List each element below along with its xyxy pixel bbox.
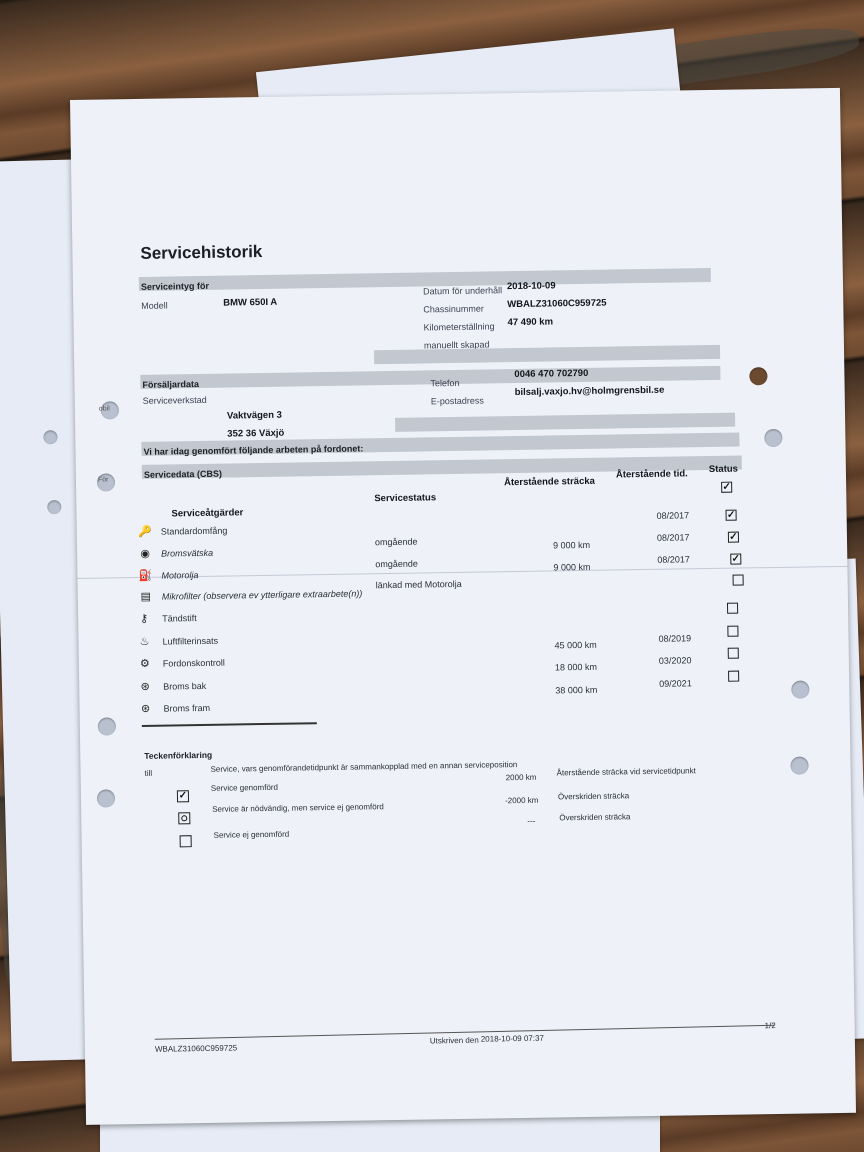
status-checkbox xyxy=(728,671,739,682)
legend-checked-symbol: ✓ xyxy=(177,790,189,802)
model-value: BMW 650I A xyxy=(223,297,277,309)
rear-brake-icon: ⊛ xyxy=(137,680,153,693)
legend-item: Service ej genomförd xyxy=(213,830,289,840)
col-header-status: Status xyxy=(709,464,738,475)
row-label: Bromsvätska xyxy=(161,548,213,559)
row-remaining-time: 09/2021 xyxy=(659,678,692,689)
mileage-value: 47 490 km xyxy=(507,316,553,328)
punch-hole xyxy=(97,789,115,807)
email-value[interactable]: bilsalj.vaxjo.hv@holmgrensbil.se xyxy=(515,385,665,398)
punch-hole xyxy=(749,367,767,385)
legend-linked-text: Service, vars genomförandetidpunkt är sa… xyxy=(210,760,517,774)
punch-hole xyxy=(790,756,808,774)
micro-filter-icon: ▤ xyxy=(138,590,154,603)
bleed-text: För xyxy=(98,476,109,483)
row-service-status: omgående xyxy=(375,559,418,570)
address-line2: 352 36 Växjö xyxy=(227,428,284,440)
row-service-status: länkad med Motorolja xyxy=(376,579,462,590)
chassis-value: WBALZ31060C959725 xyxy=(507,298,606,311)
row-remaining-distance: 18 000 km xyxy=(555,662,597,673)
bleed-text: obil xyxy=(99,405,110,412)
legend-distance-text: Överskriden sträcka xyxy=(558,791,629,801)
punch-hole xyxy=(791,680,809,698)
row-label: Broms fram xyxy=(163,703,210,714)
row-service-status: omgående xyxy=(375,537,418,548)
legend-heading: Teckenförklaring xyxy=(144,750,212,761)
spark-plug-icon: ⚷ xyxy=(136,612,152,625)
date-value: 2018-10-09 xyxy=(507,280,556,292)
row-label: Broms bak xyxy=(163,681,206,692)
row-label: Fordonskontroll xyxy=(163,658,225,669)
page-number: 1/2 xyxy=(765,1021,776,1030)
row-label: Tändstift xyxy=(162,613,197,624)
legend-empty-symbol xyxy=(180,835,192,847)
phone-value: 0046 470 702790 xyxy=(514,368,588,380)
brake-fluid-icon: ◉ xyxy=(137,547,153,560)
col-header-time: Återstående tid. xyxy=(616,468,688,480)
col-header-distance: Återstående sträcka xyxy=(504,476,595,488)
punch-hole xyxy=(47,500,61,514)
legend-dot-symbol xyxy=(178,812,190,824)
section-heading: Serviceintyg för xyxy=(139,281,209,292)
status-checkbox: ✓ xyxy=(730,554,741,565)
address-line1: Vaktvägen 3 xyxy=(227,410,282,422)
legend-till: till xyxy=(145,769,153,778)
row-label: Standardomfång xyxy=(161,526,228,537)
status-checkbox xyxy=(733,574,744,585)
vehicle-check-icon: ⚙ xyxy=(137,657,153,670)
separator-band xyxy=(395,413,735,432)
legend-distance-value: -2000 km xyxy=(505,796,538,806)
air-filter-icon: ♨ xyxy=(136,635,152,648)
mileage-label: Kilometerställning xyxy=(424,321,495,332)
row-remaining-distance: 45 000 km xyxy=(555,640,597,651)
work-heading: Vi har idag genomfört följande arbeten p… xyxy=(141,443,363,456)
row-remaining-time: 08/2017 xyxy=(657,510,690,521)
front-brake-icon: ⊛ xyxy=(137,702,153,715)
col-header-action: Serviceåtgärder xyxy=(171,507,243,519)
phone-label: Telefon xyxy=(430,378,459,388)
row-remaining-distance: 9 000 km xyxy=(553,540,590,551)
row-remaining-time: 03/2020 xyxy=(659,655,692,666)
status-checkbox xyxy=(727,603,738,614)
legend-distance-text: Återstående sträcka vid servicetidpunkt xyxy=(557,766,696,777)
legend-distance-value: --- xyxy=(527,817,535,826)
status-checkbox xyxy=(728,648,739,659)
car-key-icon: 🔑 xyxy=(137,525,153,538)
model-label: Modell xyxy=(141,300,168,310)
status-checkbox-header: ✓ xyxy=(721,482,732,493)
footer-chassis: WBALZ31060C959725 xyxy=(155,1043,237,1053)
legend-distance-text: Överskriden sträcka xyxy=(559,812,630,822)
row-label: Mikrofilter (observera ev ytterligare ex… xyxy=(162,588,363,601)
date-label: Datum för underhåll xyxy=(423,285,502,296)
footer-printed-value: 2018-10-09 07:37 xyxy=(481,1034,544,1044)
row-remaining-distance: 9 000 km xyxy=(553,562,590,573)
status-checkbox: ✓ xyxy=(728,532,739,543)
page-title: Servicehistorik xyxy=(140,242,262,264)
email-label: E-postadress xyxy=(431,396,484,407)
section-heading: Försäljardata xyxy=(140,379,199,390)
col-header-status-text: Servicestatus xyxy=(374,492,436,504)
row-remaining-time: 08/2019 xyxy=(658,633,691,644)
legend-distance-value: 2000 km xyxy=(506,773,537,782)
punch-hole xyxy=(764,429,782,447)
row-remaining-distance: 38 000 km xyxy=(555,685,597,696)
workshop-label: Serviceverkstad xyxy=(143,395,207,406)
status-checkbox: ✓ xyxy=(726,510,737,521)
row-label: Luftfilterinsats xyxy=(162,636,218,647)
row-remaining-time: 08/2017 xyxy=(657,532,690,543)
cbs-heading: Servicedata (CBS) xyxy=(142,469,222,480)
divider-line xyxy=(142,722,317,726)
oil-can-icon: ⛽ xyxy=(137,569,153,582)
footer-printed-label: Utskriven den xyxy=(430,1036,479,1046)
legend-item: Service är nödvändig, men service ej gen… xyxy=(212,802,384,814)
punch-hole xyxy=(98,717,116,735)
legend-item: Service genomförd xyxy=(211,783,278,793)
punch-hole xyxy=(43,430,57,444)
row-remaining-time: 08/2017 xyxy=(657,554,690,565)
service-history-page: obil För Servicehistorik Serviceintyg fö… xyxy=(70,88,856,1125)
status-checkbox xyxy=(727,626,738,637)
row-label: Motorolja xyxy=(161,570,198,581)
chassis-label: Chassinummer xyxy=(423,304,484,315)
